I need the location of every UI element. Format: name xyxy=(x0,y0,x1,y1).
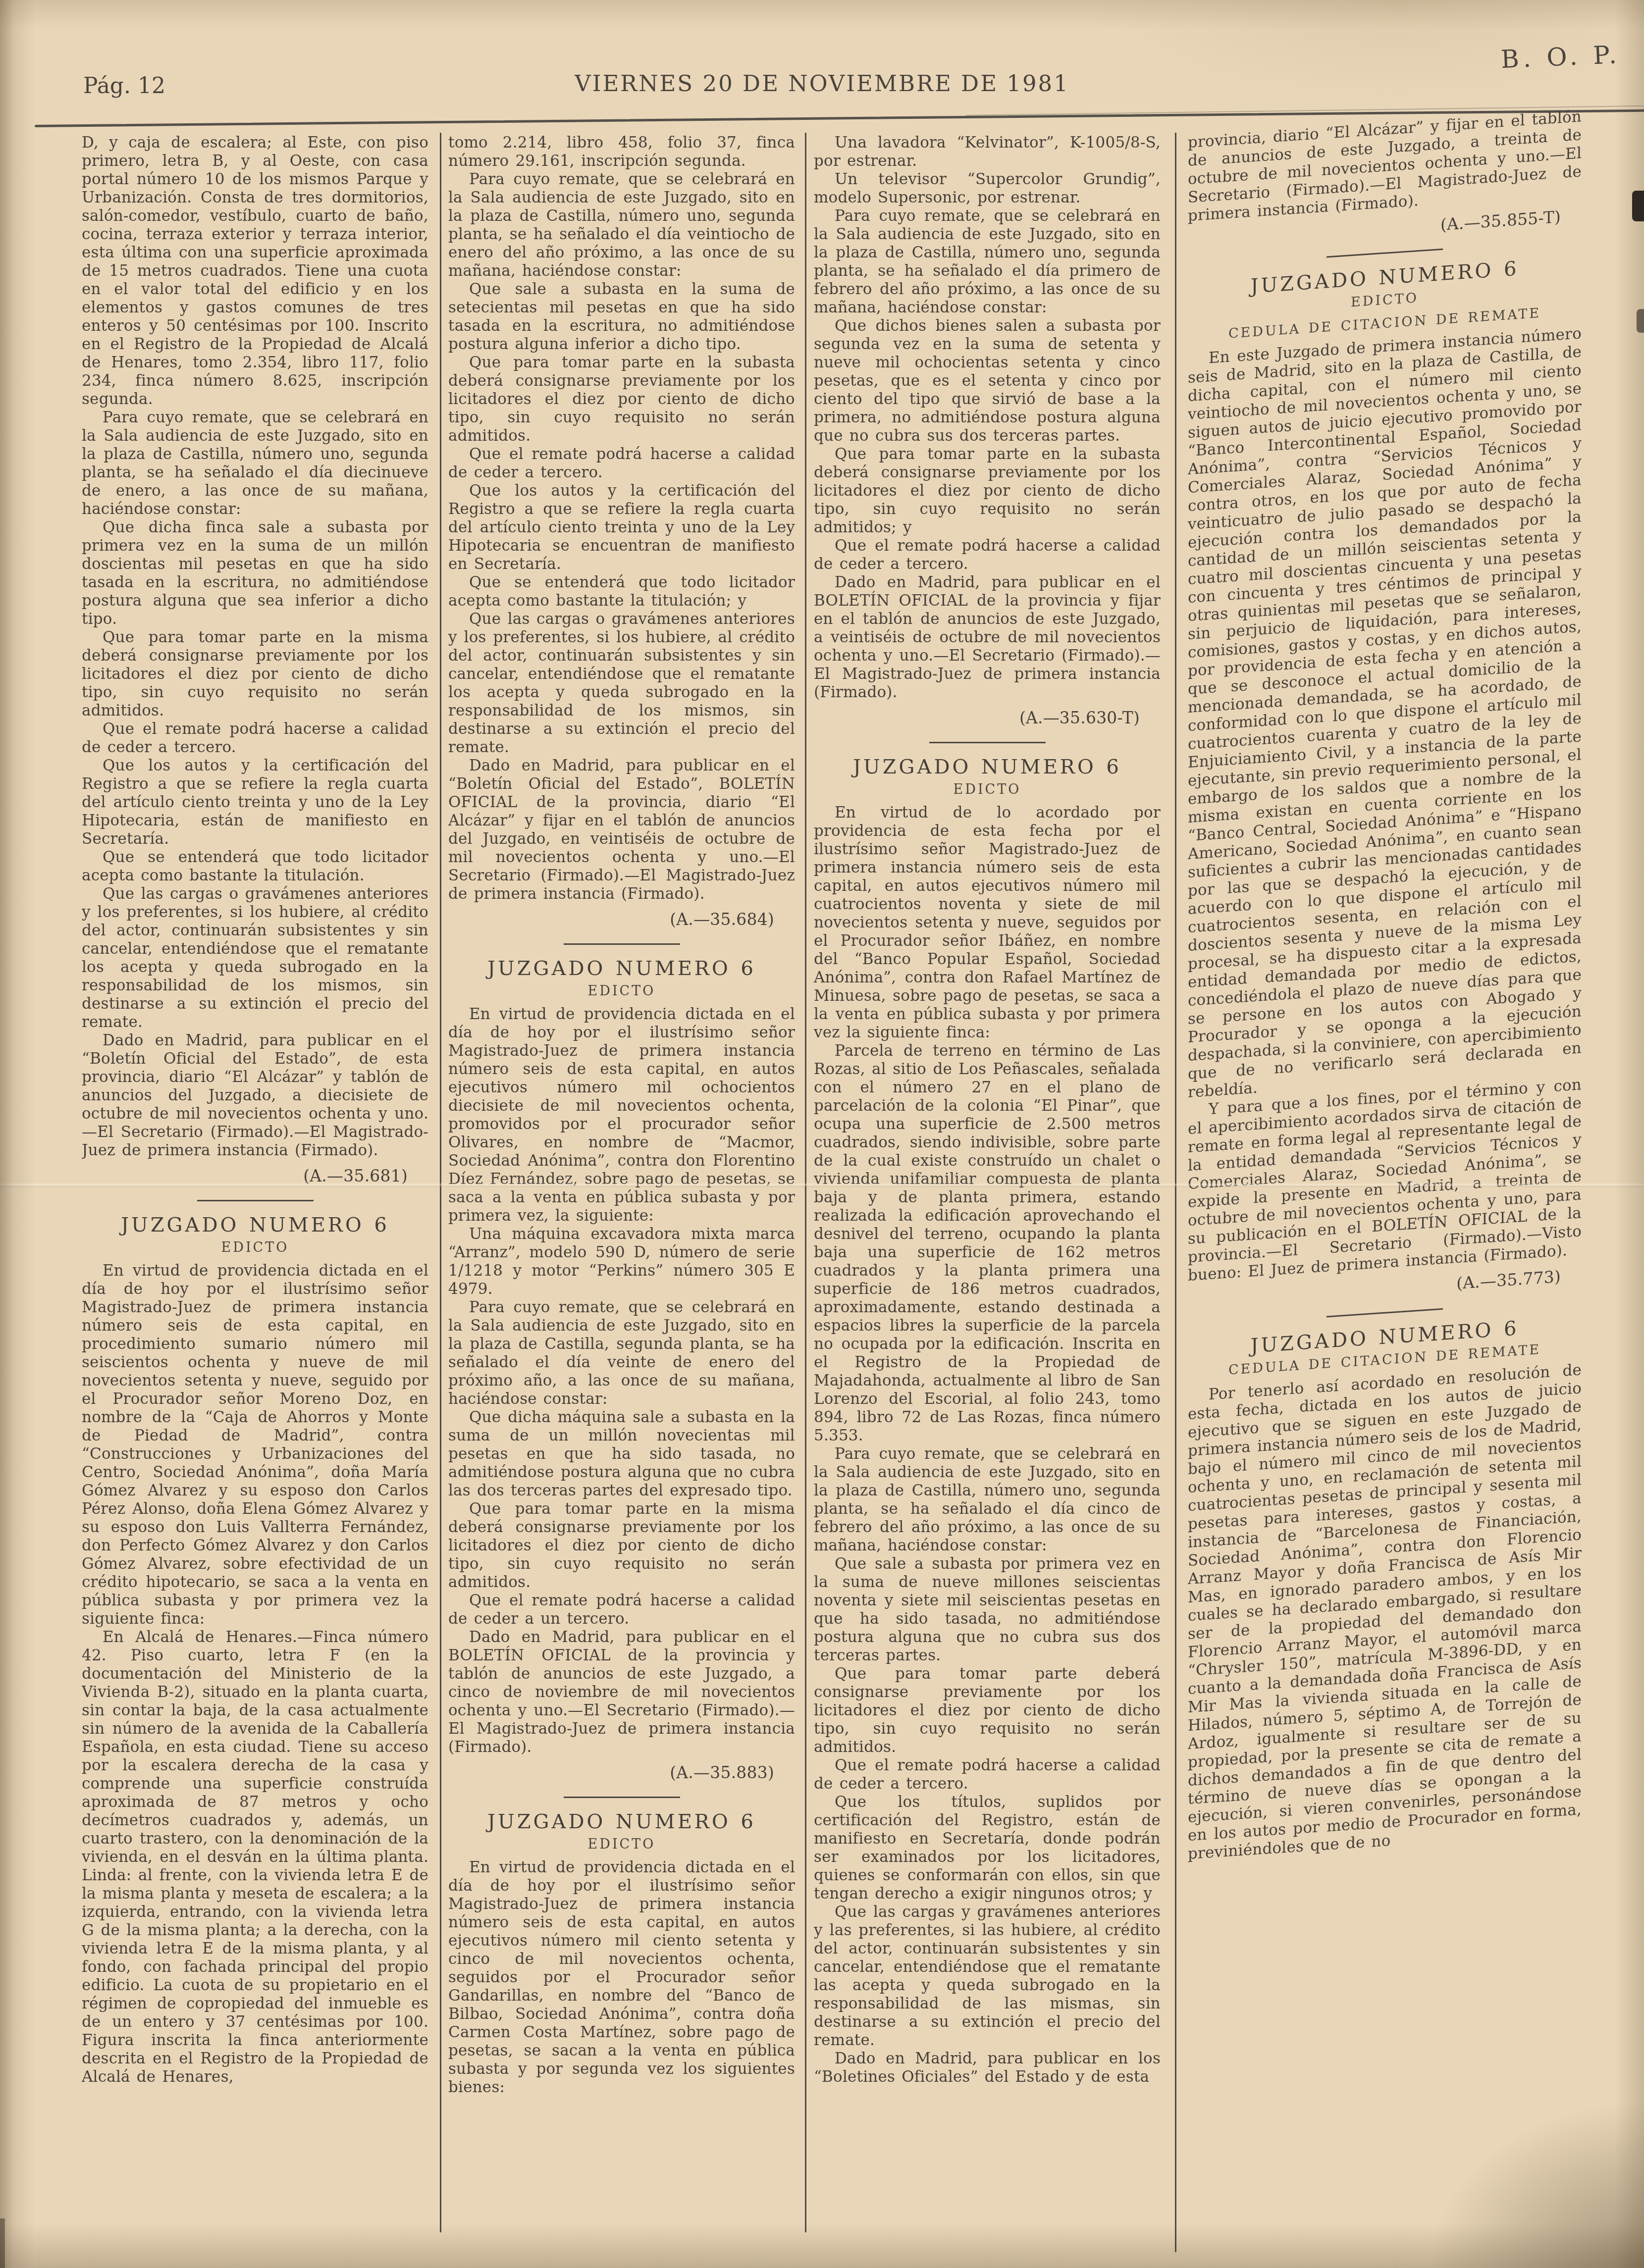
notice-paragraph: En virtud de providencia dictada en el d… xyxy=(82,1262,428,1628)
notice-paragraph: En virtud de providencia dictada en el d… xyxy=(448,1858,795,2097)
notice-paragraph: Que dichos bienes salen a subasta por se… xyxy=(814,317,1161,445)
reference-number: (A.—35.883) xyxy=(448,1763,795,1782)
notice-paragraph: D, y caja de escalera; al Este, con piso… xyxy=(82,134,428,409)
section-divider xyxy=(564,943,680,945)
notice-paragraph: En virtud de providencia dictada en el d… xyxy=(448,1005,795,1225)
notice-paragraph: Para cuyo remate, que se celebrará en la… xyxy=(448,1298,795,1408)
notice-paragraph: Que se entenderá que todo licitador acep… xyxy=(448,573,795,610)
publication-title-label: B. O. P. xyxy=(1500,40,1621,74)
notice-paragraph: Que las cargas o gravámenes anteriores y… xyxy=(448,610,795,757)
court-heading: JUZGADO NUMERO 6 xyxy=(448,960,795,978)
notice-paragraph: En Alcalá de Henares.—Finca número 42. P… xyxy=(82,1628,428,2086)
section-divider xyxy=(564,1797,680,1798)
gazette-page: Pág. 12 VIERNES 20 DE NOVIEMBRE DE 1981 … xyxy=(0,0,1644,2268)
section-divider xyxy=(197,1200,314,1201)
court-heading: JUZGADO NUMERO 6 xyxy=(448,1813,795,1831)
notice-paragraph: Que el remate podrá hacerse a calidad de… xyxy=(814,537,1161,573)
court-heading: JUZGADO NUMERO 6 xyxy=(82,1216,428,1235)
notice-paragraph: Que sale a subasta por primera vez en la… xyxy=(814,1555,1161,1665)
scan-artifact xyxy=(1632,191,1644,221)
notice-paragraph: Que para tomar parte en la misma deberá … xyxy=(82,628,428,720)
notice-paragraph: Que el remate podrá hacerse a calidad de… xyxy=(814,1756,1161,1793)
notice-paragraph: Parcela de terreno en término de Las Roz… xyxy=(814,1042,1161,1445)
edict-subheading: EDICTO xyxy=(448,982,795,1000)
notice-paragraph: Para cuyo remate, que se celebrará en la… xyxy=(82,409,428,518)
section-divider xyxy=(929,742,1046,743)
text-column-1: D, y caja de escalera; al Este, con piso… xyxy=(82,134,428,2248)
notice-paragraph: Dado en Madrid, para publicar en el “Bol… xyxy=(82,1031,428,1160)
text-column-4: provincia, diario “El Alcázar” y fijar e… xyxy=(1188,107,1582,2248)
section-divider xyxy=(1326,1308,1443,1318)
notice-paragraph: Que el remate podrá hacerse a calidad de… xyxy=(448,445,795,482)
scan-artifact xyxy=(0,2218,5,2268)
reference-number: (A.—35.684) xyxy=(448,910,795,928)
notice-paragraph: Que para tomar parte en la misma deberá … xyxy=(448,1500,795,1592)
column-divider xyxy=(805,133,806,2232)
notice-paragraph: Para cuyo remate, que se celebrará en la… xyxy=(814,207,1161,317)
notice-paragraph: Que para tomar parte deberá consignarse … xyxy=(814,1665,1161,1756)
notice-paragraph: tomo 2.214, libro 458, folio 37, finca n… xyxy=(448,134,795,170)
section-divider xyxy=(1326,249,1443,258)
notice-paragraph: provincia, diario “El Alcázar” y fijar e… xyxy=(1188,107,1582,225)
notice-paragraph: Dado en Madrid, para publicar en el “Bol… xyxy=(448,757,795,903)
text-column-3: Una lavadora “Kelvinator”, K-1005/8-S, p… xyxy=(814,134,1161,2248)
court-heading: JUZGADO NUMERO 6 xyxy=(814,758,1161,776)
scan-artifact xyxy=(1637,309,1644,333)
notice-paragraph: Que se entenderá que todo licitador acep… xyxy=(82,848,428,885)
issue-date-label: VIERNES 20 DE NOVIEMBRE DE 1981 xyxy=(0,70,1644,97)
notice-paragraph: Que dicha finca sale a subasta por prime… xyxy=(82,518,428,628)
notice-paragraph: Que el remate podrá hacerse a calidad de… xyxy=(448,1592,795,1628)
notice-paragraph: Que para tomar parte en la subasta deber… xyxy=(814,445,1161,537)
notice-paragraph: En virtud de lo acordado por providencia… xyxy=(814,804,1161,1042)
notice-paragraph: Que los autos y la certificación del Reg… xyxy=(82,757,428,848)
notice-paragraph: En este Juzgado de primera instancia núm… xyxy=(1188,324,1582,1102)
notice-paragraph: Para cuyo remate, que se celebrará en la… xyxy=(814,1445,1161,1555)
notice-paragraph: Que los títulos, suplidos por certificac… xyxy=(814,1793,1161,1903)
text-column-2: tomo 2.214, libro 458, folio 37, finca n… xyxy=(448,134,795,2248)
notice-paragraph: Que las cargas y gravámenes anteriores y… xyxy=(814,1903,1161,2050)
column-divider xyxy=(1175,133,1176,2252)
notice-paragraph: Que para tomar parte en la subasta deber… xyxy=(448,354,795,445)
notice-paragraph: Que el remate podrá hacerse a calidad de… xyxy=(82,720,428,757)
reference-number: (A.—35.630-T) xyxy=(814,709,1161,727)
reference-number: (A.—35.681) xyxy=(82,1167,428,1185)
notice-paragraph: Para cuyo remate, que se celebrará en la… xyxy=(448,170,795,280)
edict-subheading: EDICTO xyxy=(448,1835,795,1854)
notice-paragraph: Y para que a los fines, por el término y… xyxy=(1188,1076,1582,1285)
notice-paragraph: Por tenerlo así acordado en resolución d… xyxy=(1188,1361,1582,1863)
notice-paragraph: Un televisor “Supercolor Grundig”, model… xyxy=(814,170,1161,207)
notice-paragraph: Que dicha máquina sale a subasta en la s… xyxy=(448,1408,795,1500)
notice-paragraph: Una máquina excavadora mixta marca “Arra… xyxy=(448,1225,795,1298)
notice-paragraph: Que las cargas o gravámenes anteriores y… xyxy=(82,885,428,1031)
notice-paragraph: Dado en Madrid, para publicar en el BOLE… xyxy=(814,573,1161,702)
notice-paragraph: Una lavadora “Kelvinator”, K-1005/8-S, p… xyxy=(814,134,1161,170)
edict-subheading: EDICTO xyxy=(82,1238,428,1257)
notice-paragraph: Dado en Madrid, para publicar en el BOLE… xyxy=(448,1628,795,1756)
edict-subheading: EDICTO xyxy=(814,780,1161,799)
notice-paragraph: Que los autos y la certificación del Reg… xyxy=(448,482,795,573)
column-divider xyxy=(440,133,441,2232)
notice-paragraph: Que sale a subasta en la suma de setecie… xyxy=(448,280,795,354)
notice-paragraph: Dado en Madrid, para publicar en los “Bo… xyxy=(814,2050,1161,2086)
